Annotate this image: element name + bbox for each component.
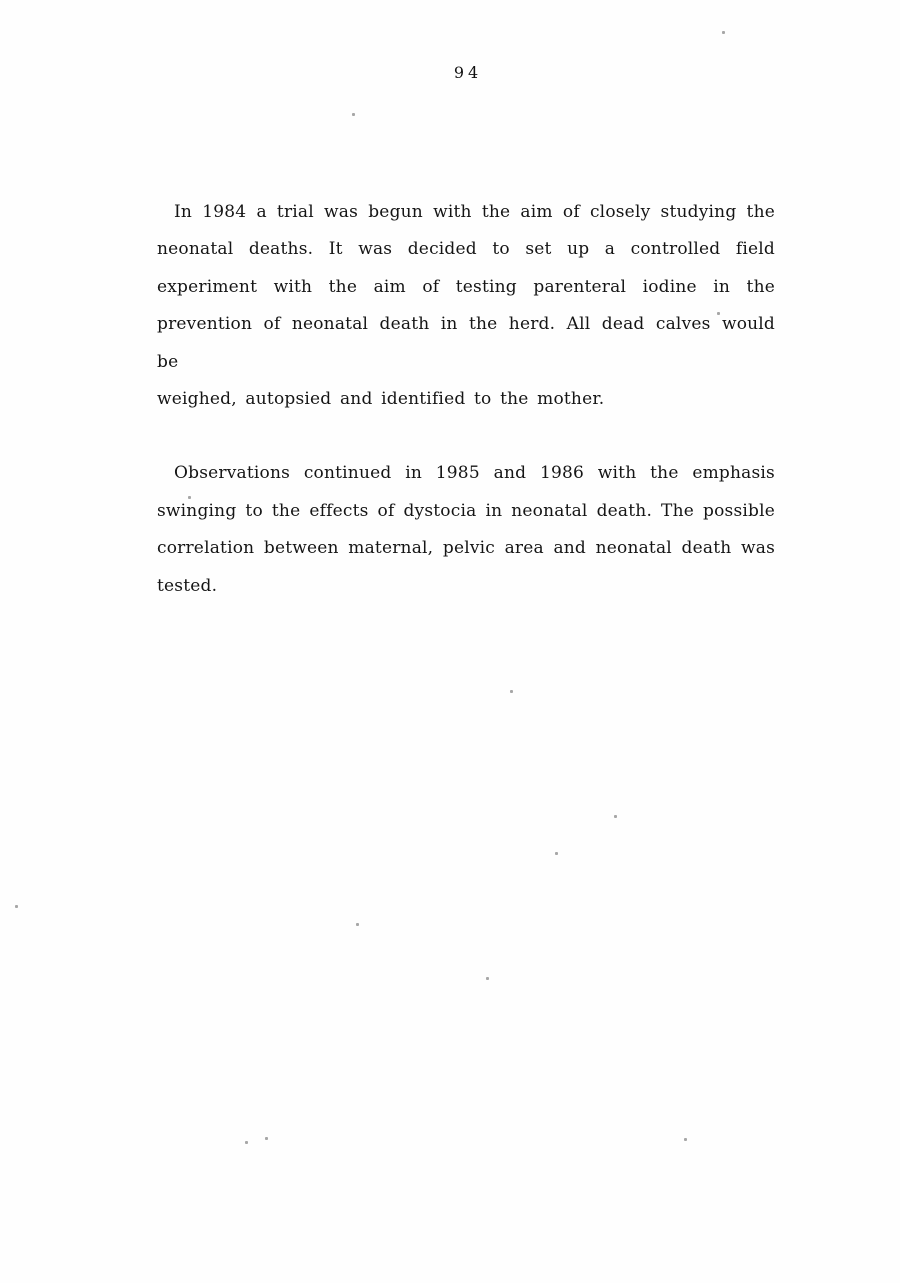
- text-line: experiment with the aim of testing paren…: [157, 269, 775, 306]
- scan-speck: [352, 113, 355, 116]
- scan-speck: [265, 1137, 268, 1140]
- paragraph-2: Observations continued in 1985 and 1986 …: [157, 455, 775, 605]
- scan-speck: [15, 905, 18, 908]
- scan-speck: [722, 31, 725, 34]
- page-number: 94: [0, 63, 900, 82]
- scan-speck: [510, 690, 513, 693]
- text-line: swinging to the effects of dystocia in n…: [157, 493, 775, 530]
- body-text: In 1984 a trial was begun with the aim o…: [157, 194, 775, 642]
- text-line: correlation between maternal, pelvic are…: [157, 530, 775, 567]
- scan-speck: [684, 1138, 687, 1141]
- text-line: In 1984 a trial was begun with the aim o…: [157, 194, 775, 231]
- scan-speck: [245, 1141, 248, 1144]
- scan-speck: [188, 496, 191, 499]
- document-page: 94 In 1984 a trial was begun with the ai…: [0, 0, 900, 1283]
- scan-speck: [614, 815, 617, 818]
- scan-speck: [717, 312, 720, 315]
- paragraph-1: In 1984 a trial was begun with the aim o…: [157, 194, 775, 418]
- scan-speck: [356, 923, 359, 926]
- text-line: tested.: [157, 568, 775, 605]
- text-line: prevention of neonatal death in the herd…: [157, 306, 775, 381]
- text-line: weighed, autopsied and identified to the…: [157, 381, 775, 418]
- text-line: Observations continued in 1985 and 1986 …: [157, 455, 775, 492]
- scan-speck: [555, 852, 558, 855]
- text-line: neonatal deaths. It was decided to set u…: [157, 231, 775, 268]
- scan-speck: [486, 977, 489, 980]
